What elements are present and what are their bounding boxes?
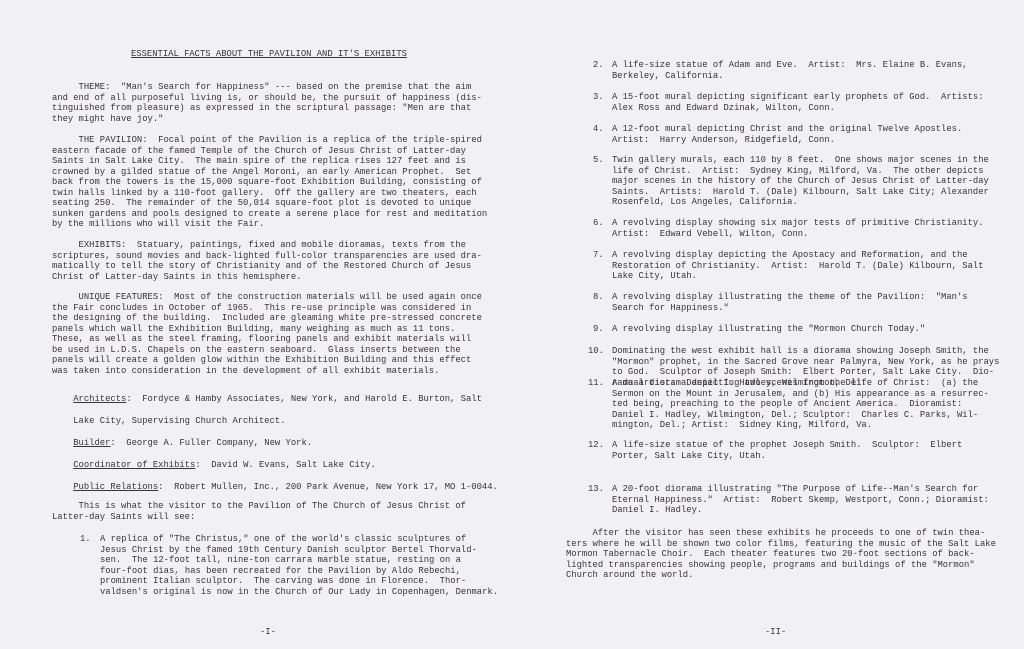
item-number: 2. bbox=[593, 60, 604, 71]
credit-text: : Fordyce & Hamby Associates, New York, … bbox=[126, 394, 482, 404]
item-number: 12. bbox=[588, 440, 604, 451]
item-number: 10. bbox=[588, 346, 604, 357]
credit-label: Builder bbox=[73, 438, 110, 448]
page-number: -II- bbox=[765, 627, 786, 638]
item-number: 9. bbox=[593, 324, 604, 335]
item-text: A 20-foot diorama illustrating "The Purp… bbox=[612, 484, 989, 516]
item-text: A replica of "The Christus," one of the … bbox=[100, 534, 498, 597]
page-left: ESSENTIAL FACTS ABOUT THE PAVILION AND I… bbox=[0, 0, 512, 649]
item-number: 7. bbox=[593, 250, 604, 261]
item-text: A 12-foot mural depicting Christ and the… bbox=[612, 124, 962, 145]
page-number: -I- bbox=[260, 627, 276, 638]
exhibits-paragraph: EXHIBITS: Statuary, paintings, fixed and… bbox=[52, 240, 482, 282]
page-right: 2.A life-size statue of Adam and Eve. Ar… bbox=[512, 0, 1024, 649]
unique-features-paragraph: UNIQUE FEATURES: Most of the constructio… bbox=[52, 292, 482, 376]
item-number: 8. bbox=[593, 292, 604, 303]
item-text: A revolving display illustrating the the… bbox=[612, 292, 968, 313]
item-text: A life-size statue of Adam and Eve. Arti… bbox=[612, 60, 968, 81]
item-text: A 15-foot mural depicting significant ea… bbox=[612, 92, 984, 113]
credit-text: : George A. Fuller Company, New York. bbox=[110, 438, 312, 448]
item-text: A dual diorama depicting two scenes from… bbox=[612, 378, 989, 431]
credit-label: Architects bbox=[73, 394, 126, 404]
closing-paragraph: After the visitor has seen these exhibit… bbox=[566, 528, 996, 581]
pavilion-paragraph: THE PAVILION: Focal point of the Pavilio… bbox=[52, 135, 487, 230]
item-number: 6. bbox=[593, 218, 604, 229]
item-text: A revolving display depicting the Aposta… bbox=[612, 250, 984, 282]
item-number: 1. bbox=[80, 534, 91, 545]
credit-text: Lake City, Supervising Church Architect. bbox=[73, 416, 285, 426]
credit-label: Public Relations bbox=[73, 482, 158, 492]
credit-text: : Robert Mullen, Inc., 200 Park Avenue, … bbox=[158, 482, 498, 492]
document-title: ESSENTIAL FACTS ABOUT THE PAVILION AND I… bbox=[131, 49, 407, 60]
item-text: Twin gallery murals, each 110 by 8 feet.… bbox=[612, 155, 989, 208]
item-text: A revolving display illustrating the "Mo… bbox=[612, 324, 925, 335]
intro-paragraph: This is what the visitor to the Pavilion… bbox=[52, 501, 466, 522]
credit-text: : David W. Evans, Salt Lake City. bbox=[195, 460, 375, 470]
item-text: A life-size statue of the prophet Joseph… bbox=[612, 440, 962, 461]
item-number: 11. bbox=[588, 378, 604, 389]
item-number: 3. bbox=[593, 92, 604, 103]
item-number: 13. bbox=[588, 484, 604, 495]
credit-public-relations: Public Relations: Robert Mullen, Inc., 2… bbox=[52, 471, 498, 503]
item-number: 5. bbox=[593, 155, 604, 166]
item-text: A revolving display showing six major te… bbox=[612, 218, 984, 239]
theme-paragraph: THEME: "Man's Search for Happiness" --- … bbox=[52, 82, 482, 124]
credit-label: Coordinator of Exhibits bbox=[73, 460, 195, 470]
item-number: 4. bbox=[593, 124, 604, 135]
